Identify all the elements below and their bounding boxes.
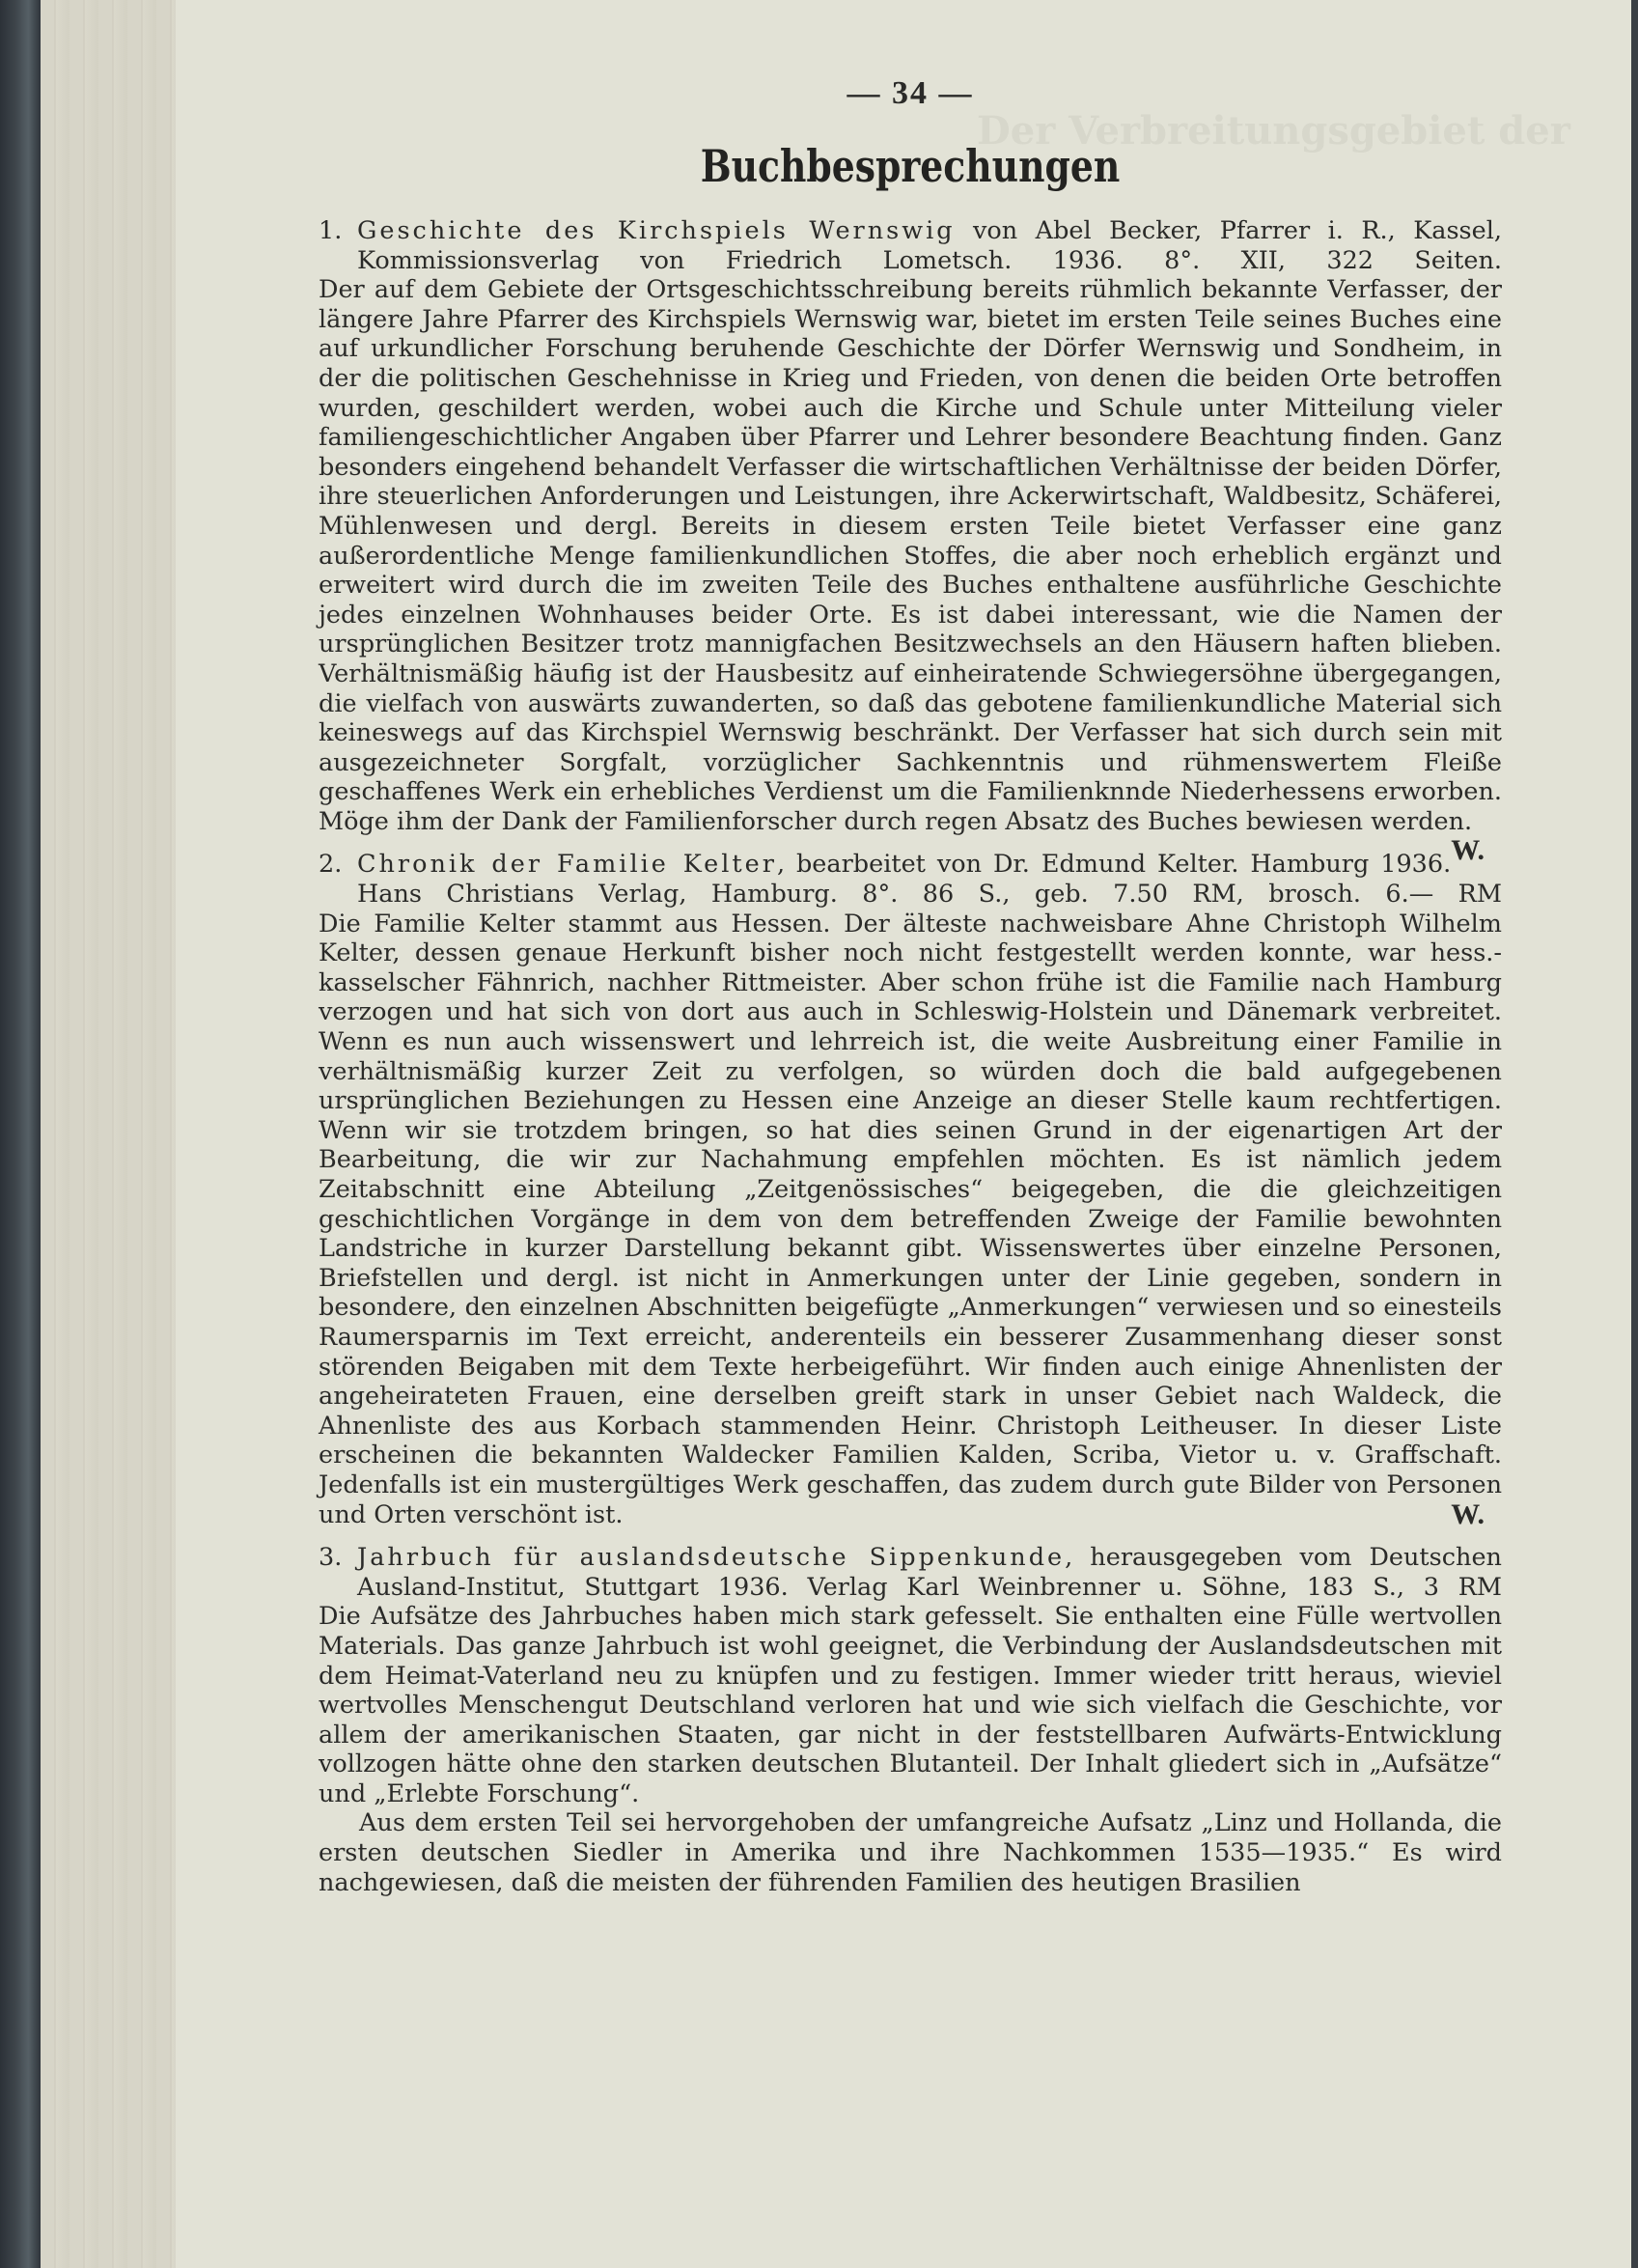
- page-right-edge: [1631, 0, 1638, 2268]
- review-item: 1.Geschichte des Kirchspiels Wernswig vo…: [319, 216, 1502, 836]
- page-number: — 34 —: [319, 75, 1502, 112]
- reviews-list: 1.Geschichte des Kirchspiels Wernswig vo…: [319, 216, 1502, 1911]
- review-title: 3.Jahrbuch für auslandsdeutsche Sippenku…: [319, 1543, 1502, 1602]
- review-body: Die Familie Kelter stammt aus Hessen. De…: [319, 910, 1502, 1529]
- review-item: 3.Jahrbuch für auslandsdeutsche Sippenku…: [319, 1543, 1502, 1897]
- review-number: 2.: [319, 850, 357, 880]
- review-signature: W.: [1451, 1500, 1485, 1530]
- review-number: 3.: [319, 1543, 357, 1573]
- review-title: 2.Chronik der Familie Kelter, bearbeitet…: [319, 850, 1502, 909]
- book-binding: [0, 0, 41, 2268]
- section-heading: Buchbesprechungen: [425, 140, 1395, 192]
- review-paragraph: Aus dem ersten Teil sei hervorgehoben de…: [319, 1808, 1502, 1897]
- page-edges: [41, 0, 176, 2268]
- document-page: Der Verbreitungsgebiet der — 34 — Buchbe…: [176, 0, 1631, 2268]
- review-body: Der auf dem Gebiete der Ortsgeschichtssc…: [319, 275, 1502, 836]
- review-book-title: Geschichte des Kirchspiels Wernswig: [357, 216, 956, 245]
- review-book-title: Jahrbuch für auslandsdeutsche Sippenkund…: [357, 1543, 1065, 1572]
- review-item: 2.Chronik der Familie Kelter, bearbeitet…: [319, 850, 1502, 1529]
- review-title: 1.Geschichte des Kirchspiels Wernswig vo…: [319, 216, 1502, 275]
- review-paragraph: Der auf dem Gebiete der Ortsgeschichtssc…: [319, 275, 1502, 836]
- review-number: 1.: [319, 216, 357, 246]
- review-signature: W.: [1451, 836, 1485, 866]
- review-book-title: Chronik der Familie Kelter: [357, 850, 777, 879]
- review-paragraph: Die Aufsätze des Jahrbuches haben mich s…: [319, 1602, 1502, 1808]
- review-paragraph: Die Familie Kelter stammt aus Hessen. De…: [319, 910, 1502, 1529]
- review-body: Die Aufsätze des Jahrbuches haben mich s…: [319, 1602, 1502, 1897]
